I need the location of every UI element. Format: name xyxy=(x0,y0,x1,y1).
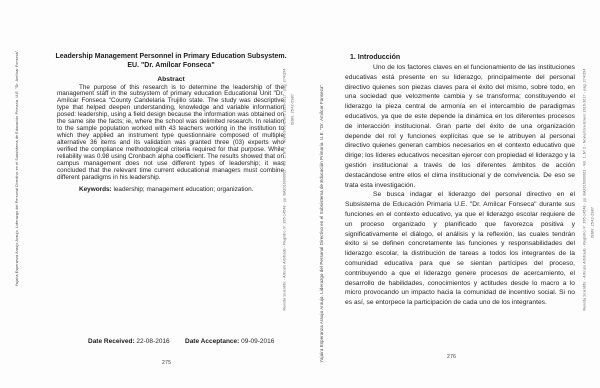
right-page-issn: ISSN: 2542-2987 xyxy=(590,183,595,263)
introduction-paragraph-2: Se busca indagar el liderazgo del person… xyxy=(345,190,575,308)
author-citation-text: Yajaira Esperanza Araujo Araujo. Lideraz… xyxy=(319,83,324,362)
page-number-left: 275 xyxy=(162,360,171,366)
left-margin-author-citation: Yajaira Esperanza Araujo Araujo. Lideraz… xyxy=(14,68,20,268)
journal-citation-text: Revista Scientific - Artículo Arbitrado … xyxy=(582,69,586,311)
date-received-label: Date Received: xyxy=(88,338,135,345)
introduction-body: Uno de los factores claves en el funcion… xyxy=(345,63,575,308)
abstract-heading: Abstract xyxy=(55,76,287,83)
journal-citation-text: Revista Scientific - Artículo Arbitrado … xyxy=(282,69,286,311)
date-received-value: 22-08-2016 xyxy=(135,338,170,345)
keywords-label: Keywords: xyxy=(79,186,112,193)
scanned-journal-spread: { "shared": { "sidebar_author": "Yajaira… xyxy=(0,0,600,388)
issn-text: ISSN: 2542-2987 xyxy=(290,94,294,125)
page-left: Yajaira Esperanza Araujo Araujo. Lideraz… xyxy=(0,0,300,388)
date-received: Date Received: 22-08-2016 xyxy=(88,338,170,345)
date-acceptance-value: 09-09-2016 xyxy=(239,338,274,345)
introduction-paragraph-1: Uno de los factores claves en el funcion… xyxy=(345,63,575,190)
author-citation-text: Yajaira Esperanza Araujo Araujo. Lideraz… xyxy=(15,50,19,287)
right-margin-author-citation: Yajaira Esperanza Araujo Araujo. Lideraz… xyxy=(318,73,324,373)
keywords-line: Keywords: leadership; management educati… xyxy=(57,186,284,193)
abstract-paragraph: The purpose of this research is to deter… xyxy=(57,85,284,182)
left-page-journal-citation: Revista Scientific - Artículo Arbitrado … xyxy=(282,40,287,340)
article-title-line2: EU. "Dr. Amílcar Fonseca" xyxy=(55,62,287,71)
date-acceptance-label: Date Acceptance: xyxy=(185,338,239,345)
section-heading-introduction: 1. Introducción xyxy=(350,54,400,61)
article-title-en: Leadership Management Personnel in Prima… xyxy=(55,53,287,70)
date-acceptance: Date Acceptance: 09-09-2016 xyxy=(185,338,274,345)
left-page-issn: ISSN: 2542-2987 xyxy=(290,70,295,150)
issn-text: ISSN: 2542-2987 xyxy=(590,207,594,238)
page-number-right: 276 xyxy=(447,354,456,360)
abstract-body: The purpose of this research is to deter… xyxy=(57,85,284,182)
right-page-journal-citation: Revista Scientific - Artículo Arbitrado … xyxy=(582,40,587,340)
article-title-line1: Leadership Management Personnel in Prima… xyxy=(55,53,287,62)
keywords-text: leadership; management education; organi… xyxy=(112,186,254,193)
